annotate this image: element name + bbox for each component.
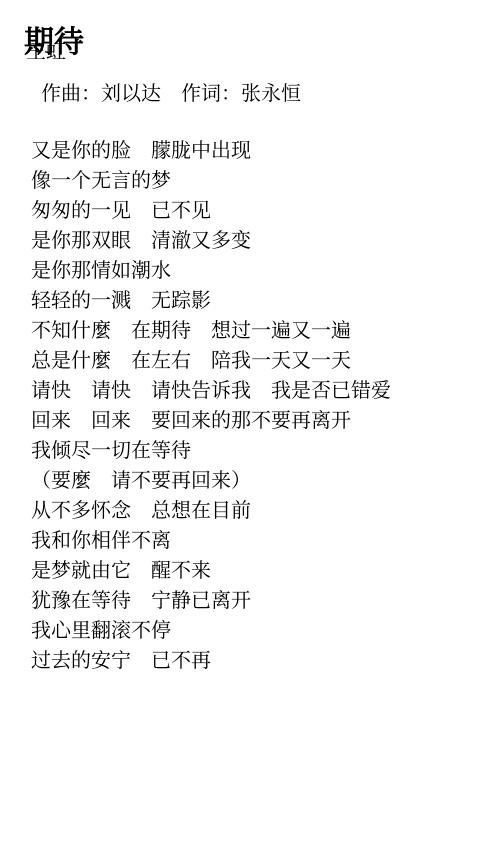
lyric-line: 是你那情如潮水 [31,255,391,285]
lyric-line: 又是你的脸 朦胧中出现 [31,135,391,165]
lyric-line: 犹豫在等待 宁静已离开 [31,585,391,615]
lyric-line: 请快 请快 请快告诉我 我是否已错爱 [31,375,391,405]
lyric-line: 回来 回来 要回来的那不要再离开 [31,405,391,435]
lyric-line: （要麼 请不要再回来） [31,465,391,495]
lyric-line: 不知什麼 在期待 想过一遍又一遍 [31,315,391,345]
lyric-line: 轻轻的一溅 无踪影 [31,285,391,315]
lyric-line: 是梦就由它 醒不来 [31,555,391,585]
lyric-line: 像一个无言的梦 [31,165,391,195]
composer-lyricist-credits: 作曲：刘以达 作词：张永恒 [41,83,301,103]
lyric-line: 匆匆的一见 已不见 [31,195,391,225]
lyric-line: 我倾尽一切在等待 [31,435,391,465]
lyric-line: 从不多怀念 总想在目前 [31,495,391,525]
lyric-line: 总是什麼 在左右 陪我一天又一天 [31,345,391,375]
lyrics-page: 期待 王虹 作曲：刘以达 作词：张永恒 又是你的脸 朦胧中出现像一个无言的梦匆匆… [0,0,500,850]
lyrics-body: 又是你的脸 朦胧中出现像一个无言的梦匆匆的一见 已不见是你那双眼 清澈又多变是你… [31,135,391,675]
lyric-line: 我和你相伴不离 [31,525,391,555]
lyric-line: 过去的安宁 已不再 [31,645,391,675]
artist-name: 王虹 [26,41,66,61]
lyric-line: 是你那双眼 清澈又多变 [31,225,391,255]
lyric-line: 我心里翻滚不停 [31,615,391,645]
